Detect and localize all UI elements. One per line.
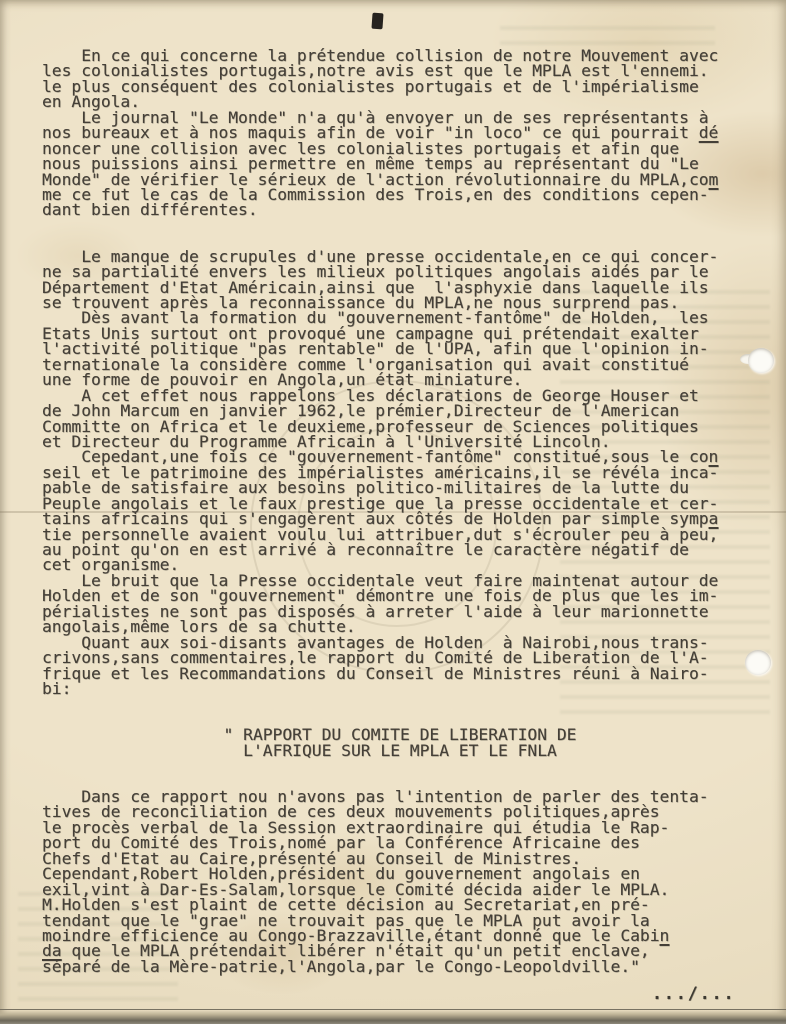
text-line: ternationale la considère comme l'organi… <box>42 355 744 370</box>
text-line: ne sa partialité envers les milieux poli… <box>42 262 744 277</box>
text-line: nous puissions ainsi permettre en même t… <box>42 154 744 169</box>
text-line: les colonialistes portugais,notre avis e… <box>42 61 744 76</box>
text-line: A cet effet nous rappelons les déclarati… <box>42 386 744 401</box>
text-line: moindre efficience au Congo-Brazzaville,… <box>42 926 744 941</box>
text-line: Dans ce rapport nou n'avons pas l'intent… <box>42 787 744 802</box>
text-line: le plus conséquent des colonialistes por… <box>42 77 744 92</box>
text-line: exil,vint à Dar-Es-Salam,lorsque le Comi… <box>42 880 744 895</box>
text-line: L'AFRIQUE SUR LE MPLA ET LE FNLA <box>56 741 744 756</box>
text-line: tives de reconciliation de ces deux mouv… <box>42 802 744 817</box>
paragraph: Le manque de scrupules d'une presse occi… <box>42 247 744 309</box>
document-text: En ce qui concerne la prétendue collisio… <box>42 46 744 972</box>
scanned-document-page: En ce qui concerne la prétendue collisio… <box>0 0 786 1024</box>
text-line: séparé de la Mère-patrie,l'Angola,par le… <box>42 957 744 972</box>
ink-blot-mark <box>371 13 383 30</box>
paragraph: Le bruit que la Presse occidentale veut … <box>42 571 744 633</box>
text-line: Etats Unis surtout ont provoqué une camp… <box>42 324 744 339</box>
text-line: tains africains qui s'engagèrent aux côt… <box>42 509 744 524</box>
text-line: au point qu'on en est arrivé à reconnaît… <box>42 540 744 555</box>
text-line: me ce fut le cas de la Commission des Tr… <box>42 185 744 200</box>
text-line: périalistes ne sont pas disposés à arret… <box>42 602 744 617</box>
text-line: de John Marcum en janvier 1962,le prémie… <box>42 401 744 416</box>
page-bottom-edge <box>0 1009 786 1024</box>
text-line: le procès verbal de la Session extraordi… <box>42 818 744 833</box>
text-line: Quant aux soi-disants avantages de Holde… <box>42 633 744 648</box>
text-line: M.Holden s'est plaint de cette décision … <box>42 895 744 910</box>
paragraph: A cet effet nous rappelons les déclarati… <box>42 386 744 448</box>
text-line: Le journal "Le Monde" n'a qu'à envoyer u… <box>42 108 744 123</box>
paragraph: Dès avant la formation du "gouvernement-… <box>42 308 744 385</box>
text-line: da que le MPLA prétendait libérer n'étai… <box>42 941 744 956</box>
continuation-mark: .../... <box>652 984 736 1003</box>
text-line: l'activité politique "pas rentable" de l… <box>42 339 744 354</box>
text-line: Holden et de son "gouvernement" démontre… <box>42 586 744 601</box>
text-line: Monde" de vérifier le sérieux de l'actio… <box>42 170 744 185</box>
paragraph: En ce qui concerne la prétendue collisio… <box>42 46 744 108</box>
text-line: En ce qui concerne la prétendue collisio… <box>42 46 744 61</box>
text-line: Le bruit que la Presse occidentale veut … <box>42 571 744 586</box>
text-line: Cepedant,une fois ce "gouvernement-fantô… <box>42 447 744 462</box>
text-line: Le manque de scrupules d'une presse occi… <box>42 247 744 262</box>
paragraph: Le journal "Le Monde" n'a qu'à envoyer u… <box>42 108 744 216</box>
text-line: " RAPPORT DU COMITE DE LIBERATION DE <box>56 725 744 740</box>
text-line: pable de satisfaire aux besoins politico… <box>42 478 744 493</box>
text-line: frique et les Recommandations du Conseil… <box>42 664 744 679</box>
text-line: crivons,sans commentaires,le rapport du … <box>42 648 744 663</box>
text-line: Dès avant la formation du "gouvernement-… <box>42 308 744 323</box>
text-line: tie personnelle avaient voulu lui attrib… <box>42 525 744 540</box>
text-line: seil et le patrimoine des impérialistes … <box>42 463 744 478</box>
paragraph-gap <box>42 756 744 787</box>
paragraph-gap <box>42 216 744 247</box>
text-line: tendant que le "grae" ne trouvait pas qu… <box>42 911 744 926</box>
text-line: nos bureaux et à nos maquis afin de voir… <box>42 123 744 138</box>
text-line: se trouvent après la reconnaissance du M… <box>42 293 744 308</box>
text-line: Département d'Etat Américain,ainsi que l… <box>42 278 744 293</box>
text-line: Committe on Africa et le deuxieme,profes… <box>42 417 744 432</box>
paragraph: Quant aux soi-disants avantages de Holde… <box>42 633 744 695</box>
text-line: Peuple angolais et le faux prestige que … <box>42 494 744 509</box>
punch-hole-icon <box>745 650 771 675</box>
text-line: noncer une collision avec les colonialis… <box>42 139 744 154</box>
paragraph-gap <box>42 694 744 725</box>
text-line: port du Comité des Trois,nomé par la Con… <box>42 833 744 848</box>
text-line: Cependant,Robert Holden,président du gou… <box>42 864 744 879</box>
paragraph: Dans ce rapport nou n'avons pas l'intent… <box>42 787 744 972</box>
punch-hole-icon <box>748 348 774 373</box>
section-heading: " RAPPORT DU COMITE DE LIBERATION DEL'AF… <box>56 725 744 756</box>
paragraph: Cepedant,une fois ce "gouvernement-fantô… <box>42 447 744 571</box>
